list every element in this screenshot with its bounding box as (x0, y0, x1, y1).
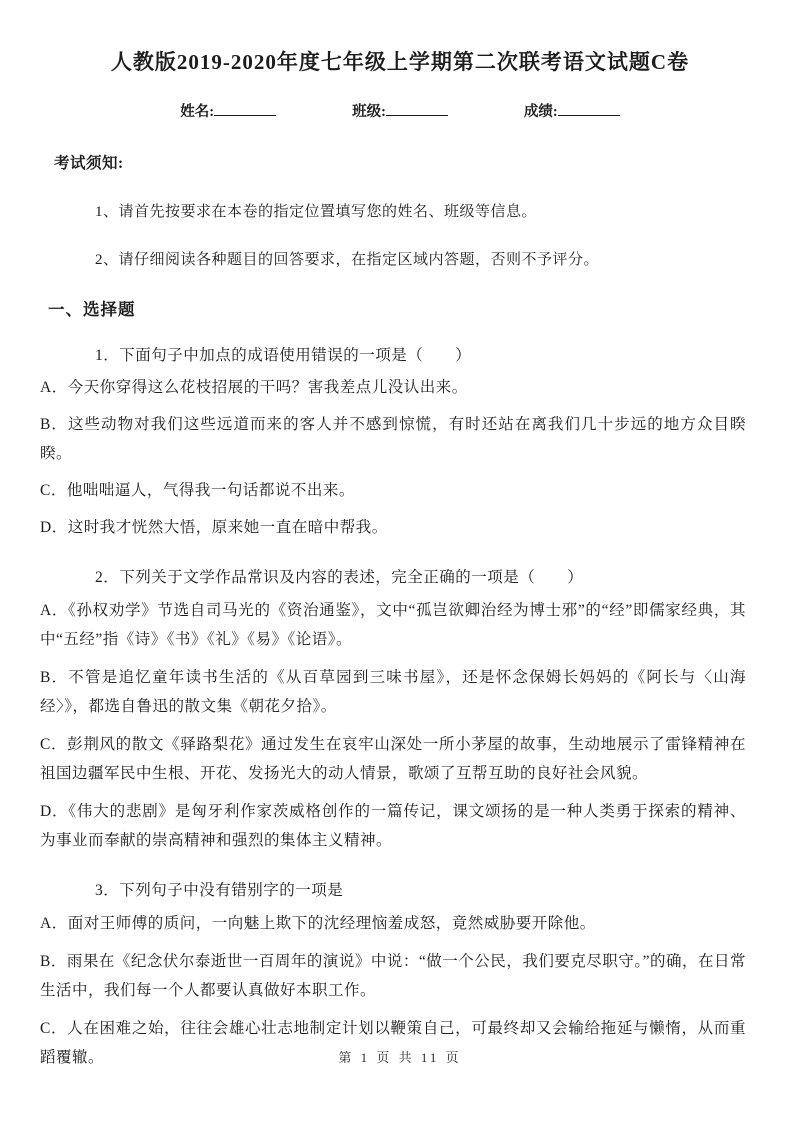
exam-title: 人教版2019-2020年度七年级上学期第二次联考语文试题C卷 (40, 46, 760, 76)
question-2-option-a: A．《孙权劝学》节选自司马光的《资治通鉴》，文中“孤岂欲卿治经为博士邪”的“经”… (40, 596, 746, 654)
question-2-option-d: D．《伟大的悲剧》是匈牙利作家茨威格创作的一篇传记，课文颂扬的是一种人类勇于探索… (40, 797, 746, 855)
question-2-option-b: B．不管是追忆童年读书生活的《从百草园到三味书屋》，还是怀念保姆长妈妈的《阿长与… (40, 663, 746, 721)
question-2-option-c: C．彭荆风的散文《驿路梨花》通过发生在哀牢山深处一所小茅屋的故事，生动地展示了雷… (40, 730, 746, 788)
class-field-blank (386, 101, 448, 116)
question-1-option-c: C．他咄咄逼人，气得我一句话都说不出来。 (40, 476, 746, 505)
section-heading-choice-questions: 一、选择题 (48, 296, 760, 320)
question-1-option-b: B．这些动物对我们这些远道而来的客人并不感到惊慌，有时还站在离我们几十步远的地方… (40, 410, 746, 468)
name-field: 姓名: (180, 100, 276, 121)
name-field-blank (214, 101, 276, 116)
name-field-label: 姓名: (180, 104, 214, 120)
exam-notice-item-1: 1、请首先按要求在本卷的指定位置填写您的姓名、班级等信息。 (95, 200, 760, 221)
question-1-stem: 1．下面句子中加点的成语使用错误的一项是（ ） (95, 343, 760, 365)
class-field: 班级: (352, 100, 448, 121)
question-3-stem: 3．下列句子中没有错别字的一项是 (95, 878, 760, 900)
score-field-blank (558, 101, 620, 116)
exam-paper-page: 人教版2019-2020年度七年级上学期第二次联考语文试题C卷 姓名: 班级: … (0, 0, 800, 1132)
question-2: 2．下列关于文学作品常识及内容的表述，完全正确的一项是（ ） A．《孙权劝学》节… (40, 565, 760, 855)
question-1-option-d: D．这时我才恍然大悟，原来她一直在暗中帮我。 (40, 513, 746, 542)
question-3: 3．下列句子中没有错别字的一项是 A．面对王师傅的质问，一向魅上欺下的沈经理恼羞… (40, 878, 760, 1072)
question-3-option-a: A．面对王师傅的质问，一向魅上欺下的沈经理恼羞成怒，竟然威胁要开除他。 (40, 909, 746, 938)
score-field-label: 成绩: (524, 104, 558, 120)
question-1-option-a: A．今天你穿得这么花枝招展的干吗？害我差点儿没认出来。 (40, 373, 746, 402)
exam-notice-item-2: 2、请仔细阅读各种题目的回答要求，在指定区域内答题，否则不予评分。 (95, 248, 760, 269)
question-2-stem: 2．下列关于文学作品常识及内容的表述，完全正确的一项是（ ） (95, 565, 760, 587)
question-1: 1．下面句子中加点的成语使用错误的一项是（ ） A．今天你穿得这么花枝招展的干吗… (40, 343, 760, 542)
page-number-indicator: 第 1 页 共 11 页 (0, 1047, 800, 1066)
class-field-label: 班级: (352, 104, 386, 120)
score-field: 成绩: (524, 100, 620, 121)
exam-notice-heading: 考试须知: (54, 151, 760, 173)
question-3-option-b: B．雨果在《纪念伏尔泰逝世一百周年的演说》中说：“做一个公民，我们要克尽职守。”… (40, 947, 746, 1005)
header-fields: 姓名: 班级: 成绩: (40, 100, 760, 121)
